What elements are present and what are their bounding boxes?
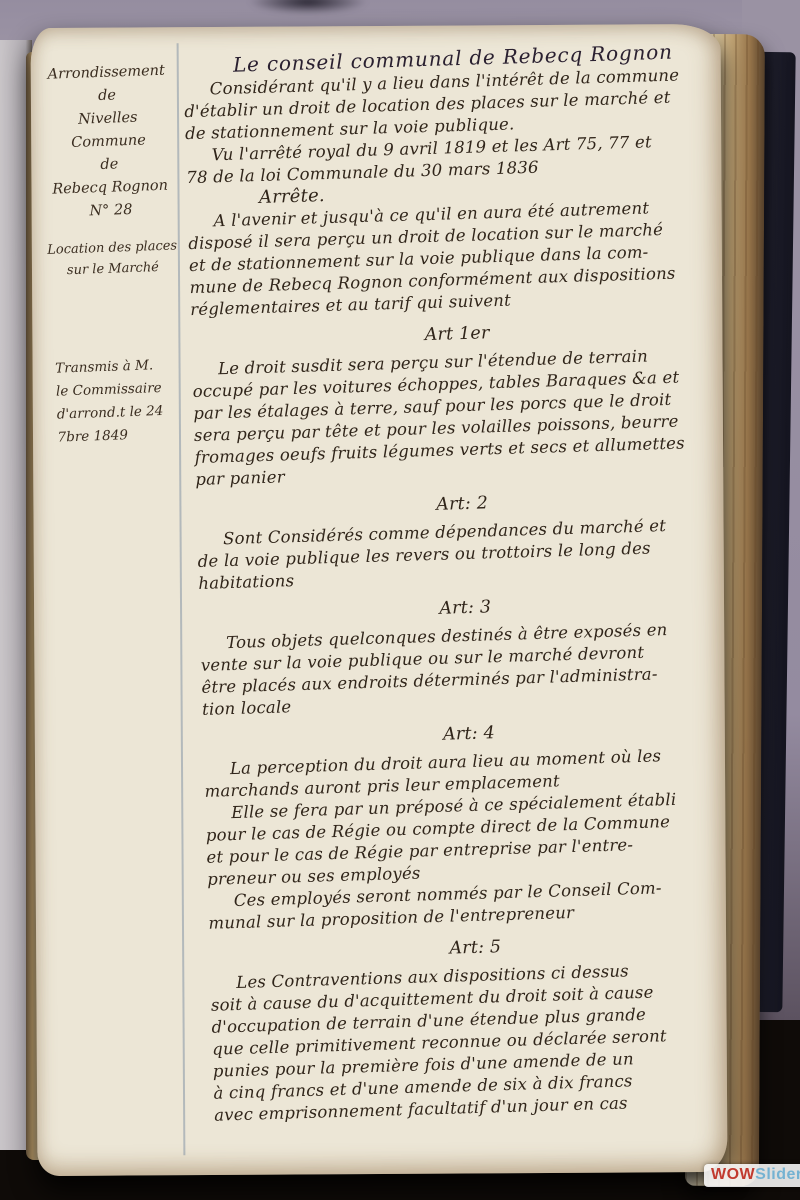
margin-note-arrondissement: ArrondissementdeNivellesCommunedeRebecq … xyxy=(37,59,180,225)
margin-column: ArrondissementdeNivellesCommunedeRebecq … xyxy=(37,53,175,58)
margin-note-line: 7bre 1849 xyxy=(57,422,196,450)
margin-note-transmis: Transmis à M.le Commissaired'arrond.t le… xyxy=(47,353,196,450)
wowslider-watermark[interactable]: WOWSlider xyxy=(704,1164,800,1187)
body-text: Le conseil communal de Rebecq RognonCons… xyxy=(183,37,747,1126)
top-shadow-smudge xyxy=(248,0,368,14)
margin-note-subject: Location des placessur le Marché xyxy=(43,235,182,282)
manuscript-page: ArrondissementdeNivellesCommunedeRebecq … xyxy=(31,24,728,1176)
margin-note-line: Arrondissement xyxy=(37,59,176,87)
margin-note-line: N° 28 xyxy=(42,197,181,225)
watermark-wow-text: WOW xyxy=(711,1166,755,1183)
margin-note-line: Rebecq Rognon xyxy=(41,174,180,202)
watermark-slider-text: Slider xyxy=(755,1166,800,1183)
